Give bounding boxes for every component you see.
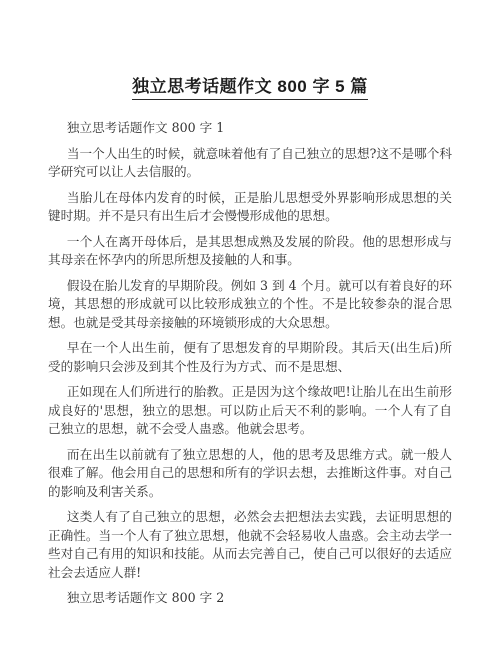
paragraph: 一个人在离开母体后，是其思想成熟及发展的阶段。他的思想形成与其母亲在怀孕内的所思… [48, 233, 452, 270]
paragraph: 正如现在人们所进行的胎教。正是因为这个缘故吧!让胎儿在出生前形成良好的'思想，独… [48, 383, 452, 439]
paragraph: 而在出生以前就有了独立思想的人，他的思考及思维方式。就一般人很难了解。他会用自己… [48, 446, 452, 502]
paragraph: 假设在胎儿发育的早期阶段。例如 3 到 4 个月。就可以有着良好的环境，其思想的… [48, 277, 452, 333]
paragraph: 这类人有了自己独立的思想，必然会去把想法去实践，去证明思想的正确性。当一个人有了… [48, 508, 452, 582]
page-title-text: 独立思考话题作文 800 字 5 篇 [132, 72, 368, 100]
document-page: 独立思考话题作文 800 字 5 篇 独立思考话题作文 800 字 1 当一个人… [0, 0, 500, 647]
paragraph: 当一个人出生的时候，就意味着他有了自己独立的思想?这不是哪个科学研究可以让人去信… [48, 145, 452, 182]
section-title: 独立思考话题作文 800 字 1 [48, 119, 452, 138]
paragraph: 早在一个人出生前，便有了思想发育的早期阶段。其后天(出生后)所受的影响只会涉及到… [48, 339, 452, 376]
page-title: 独立思考话题作文 800 字 5 篇 [48, 72, 452, 100]
section-title: 独立思考话题作文 800 字 2 [48, 589, 452, 608]
document-body: 独立思考话题作文 800 字 1 当一个人出生的时候，就意味着他有了自己独立的思… [48, 119, 452, 608]
paragraph: 当胎儿在母体内发育的时候，正是胎儿思想受外界影响形成思想的关键时期。并不是只有出… [48, 189, 452, 226]
